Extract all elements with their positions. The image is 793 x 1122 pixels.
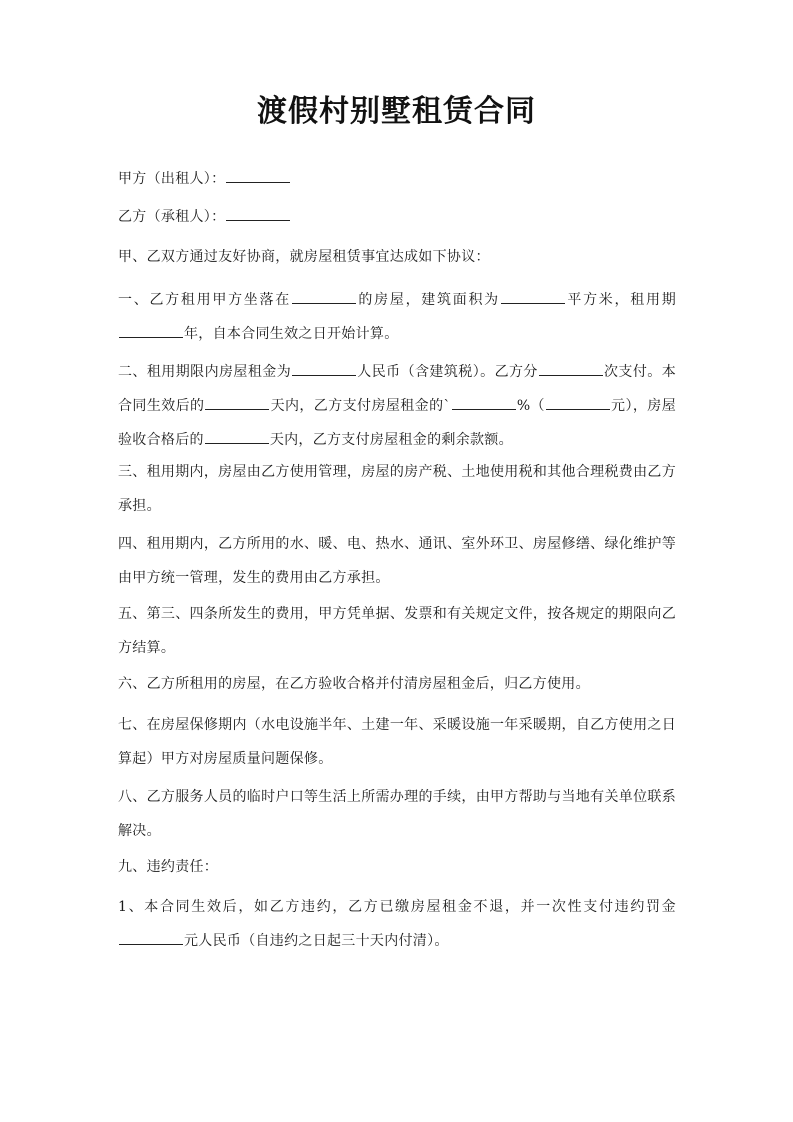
rent-amount-blank[interactable] xyxy=(292,361,356,376)
first-payment-amount-blank[interactable] xyxy=(546,395,610,410)
percentage-blank[interactable] xyxy=(452,395,516,410)
remaining-payment-days-blank[interactable] xyxy=(205,429,269,444)
clause-8: 八、乙方服务人员的临时户口等生活上所需办理的手续，由甲方帮助与当地有关单位联系解… xyxy=(118,780,676,848)
clause-9-1: 1、本合同生效后，如乙方违约，乙方已缴房屋租金不退，并一次性支付违约罚金元人民币… xyxy=(118,890,676,958)
area-blank[interactable] xyxy=(501,289,565,304)
clause-9-1-text: 1、本合同生效后，如乙方违约，乙方已缴房屋租金不退，并一次性支付违约罚金 xyxy=(118,899,676,915)
clause-2-text: 天内，乙方支付房屋租金的剩余款额。 xyxy=(270,432,513,448)
location-blank[interactable] xyxy=(292,289,356,304)
clause-2-text: 人民币（含建筑税）。乙方分 xyxy=(357,364,538,380)
clause-4: 四、租用期内，乙方所用的水、暖、电、热水、通讯、室外环卫、房屋修缮、绿化维护等由… xyxy=(118,527,676,595)
clause-5: 五、第三、四条所发生的费用，甲方凭单据、发票和有关规定文件，按各规定的期限向乙方… xyxy=(118,597,676,665)
installments-blank[interactable] xyxy=(539,361,603,376)
clause-9-1-text: 元人民币（自违约之日起三十天内付清）。 xyxy=(184,933,449,949)
party-b-label: 乙方（承租人）： xyxy=(118,209,225,225)
clause-2-text: %（ xyxy=(517,398,545,414)
clause-3: 三、租用期内，房屋由乙方使用管理，房屋的房产税、土地使用税和其他合理税费由乙方承… xyxy=(118,455,676,523)
clause-2-text: 天内，乙方支付房屋租金的` xyxy=(270,398,450,414)
clause-1-text: 一、乙方租用甲方坐落在 xyxy=(118,292,291,308)
penalty-amount-blank[interactable] xyxy=(119,930,183,945)
clause-2: 二、租用期限内房屋租金为人民币（含建筑税）。乙方分次支付。本合同生效后的天内，乙… xyxy=(118,355,676,457)
party-a-label: 甲方（出租人）： xyxy=(118,171,225,187)
clause-1-text: 的房屋，建筑面积为 xyxy=(357,292,500,308)
intro-paragraph: 甲、乙双方通过友好协商，就房屋租赁事宜达成如下协议： xyxy=(118,240,676,274)
clause-1-text: 年，自本合同生效之日开始计算。 xyxy=(184,326,399,342)
document-page: 渡假村别墅租赁合同 甲方（出租人）： 乙方（承租人）： 甲、乙双方通过友好协商，… xyxy=(0,0,793,1122)
document-title: 渡假村别墅租赁合同 xyxy=(0,92,793,132)
party-b-line: 乙方（承租人）： xyxy=(118,200,676,234)
party-b-blank[interactable] xyxy=(226,206,290,221)
clause-1: 一、乙方租用甲方坐落在的房屋，建筑面积为平方米，租用期年，自本合同生效之日开始计… xyxy=(118,283,676,351)
term-years-blank[interactable] xyxy=(119,323,183,338)
clause-7: 七、在房屋保修期内（水电设施半年、土建一年、采暖设施一年采暖期，自乙方使用之日算… xyxy=(118,708,676,776)
clause-9-heading: 九、违约责任： xyxy=(118,850,676,884)
clause-6: 六、乙方所租用的房屋，在乙方验收合格并付清房屋租金后，归乙方使用。 xyxy=(118,667,676,701)
first-payment-days-blank[interactable] xyxy=(205,395,269,410)
clause-1-text: 平方米，租用期 xyxy=(566,292,676,308)
party-a-blank[interactable] xyxy=(226,168,290,183)
clause-2-text: 二、租用期限内房屋租金为 xyxy=(118,364,291,380)
party-a-line: 甲方（出租人）： xyxy=(118,162,676,196)
